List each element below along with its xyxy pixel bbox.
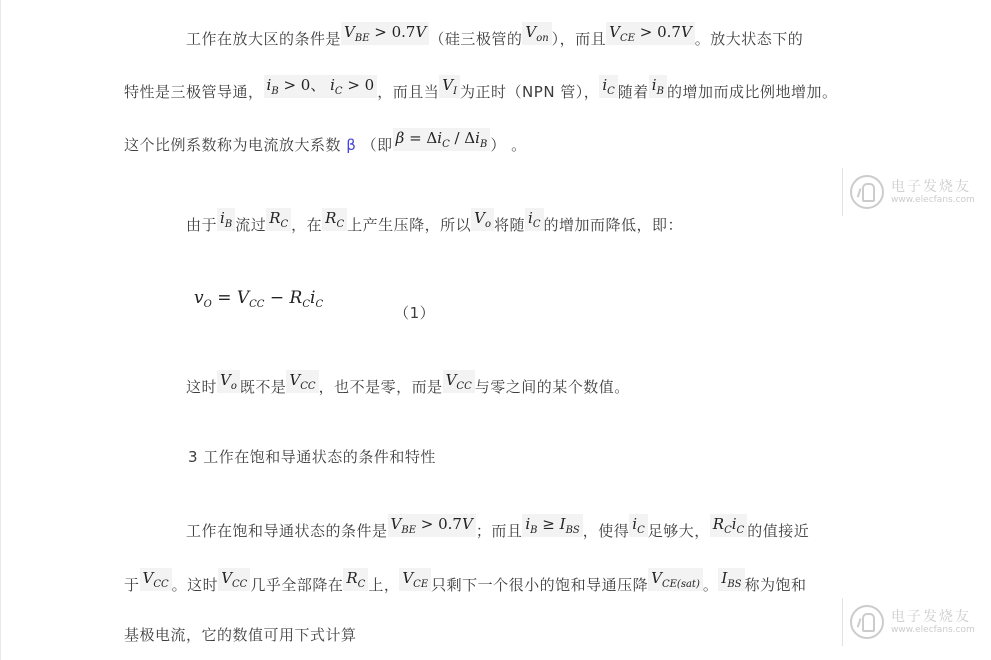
- formula-image: RC: [343, 568, 368, 591]
- text-run: 。: [703, 576, 719, 594]
- text-run: 3 工作在饱和导通状态的条件和特性: [188, 448, 436, 466]
- text-run: 特性是三极管导通，: [124, 83, 264, 101]
- formula-image: VCC: [286, 370, 318, 393]
- formula-image: VCE(sat): [648, 568, 703, 591]
- text-run: 称为饱和: [745, 576, 807, 594]
- text-run: ） 。: [490, 136, 526, 154]
- text-run: 足够大，: [648, 522, 710, 540]
- watermark-brand: 电子发烧友: [891, 179, 975, 195]
- formula-image: Von: [522, 22, 551, 45]
- text-run: 的增加而成比例地增加。: [667, 83, 838, 101]
- formula-image: iC: [629, 514, 647, 537]
- text-run: ），而且: [552, 30, 607, 48]
- text-run: 只剩下一个很小的饱和导通压降: [431, 576, 648, 594]
- text-run: 。放大状态下的: [695, 30, 804, 48]
- text-run: 的增加而降低，即：: [544, 216, 684, 234]
- text-run: 于: [124, 576, 140, 594]
- hand-logo-icon: [850, 175, 884, 209]
- watermark-brand: 电子发烧友: [891, 609, 975, 625]
- text-run: 由于: [186, 216, 217, 234]
- paragraph-1-line-3: 这个比例系数称为电流放大系数 β （即β = ΔiC / ΔiB） 。: [124, 132, 527, 158]
- text-run: 。这时: [172, 576, 219, 594]
- formula-image: β = ΔiC / ΔiB: [393, 128, 491, 151]
- watermark-elecfans-bottom: 电子发烧友 www.elecfans.com: [842, 598, 990, 646]
- text-run: 上，: [368, 576, 399, 594]
- watermark-url: www.elecfans.com: [891, 625, 975, 635]
- text-run: 这个比例系数称为电流放大系数: [124, 136, 346, 154]
- text-run: ，而且当: [377, 83, 439, 101]
- text-run: ，也不是零，而是: [319, 378, 443, 396]
- watermark-url: www.elecfans.com: [891, 195, 975, 205]
- formula-image: RCiC: [710, 514, 747, 537]
- equation-1: vO = VCC − RCiC（1）: [191, 292, 435, 318]
- text-run: 工作在放大区的条件是: [186, 30, 341, 48]
- text-run: 基极电流，它的数值可用下式计算: [124, 626, 357, 644]
- formula-image: IBS: [718, 568, 744, 591]
- text-run: 几乎全部降在: [250, 576, 343, 594]
- document-page: 工作在放大区的条件是VBE > 0.7V（硅三极管的Von），而且VCE > 0…: [0, 0, 991, 660]
- paragraph-3-line-1: 这时Vo既不是VCC，也不是零，而是VCC与零之间的某个数值。: [186, 374, 630, 400]
- formula-image: VCC: [443, 370, 475, 393]
- formula-image: iC: [599, 75, 617, 98]
- formula-image: iB ≥ IBS: [522, 514, 582, 537]
- text-run: ；而且: [476, 522, 523, 540]
- formula-image: VCC: [218, 568, 250, 591]
- text-run: （即: [356, 136, 392, 154]
- text-run: 工作在饱和导通状态的条件是: [186, 522, 388, 540]
- formula-image: Vo: [217, 370, 240, 393]
- formula-image: vO = VCC − RCiC: [191, 288, 326, 311]
- watermark-elecfans-top: 电子发烧友 www.elecfans.com: [842, 168, 990, 216]
- paragraph-2-line-1: 由于iB流过RC，在RC上产生压降，所以Vo将随iC的增加而降低，即：: [186, 212, 683, 238]
- text-run: 将随: [494, 216, 525, 234]
- text-run: 上产生压降，所以: [347, 216, 471, 234]
- text-run: （1）: [394, 304, 435, 322]
- formula-image: Vo: [471, 208, 494, 231]
- formula-image: VCC: [140, 568, 172, 591]
- text-run: 的值接近: [747, 522, 809, 540]
- formula-image: VCE: [399, 568, 431, 591]
- text-run: 这时: [186, 378, 217, 396]
- text-run: ，在: [291, 216, 322, 234]
- watermark-text: 电子发烧友 www.elecfans.com: [891, 609, 975, 635]
- paragraph-1-line-2: 特性是三极管导通，iB > 0、 iC > 0，而且当VI为正时（NPN 管），…: [124, 79, 837, 105]
- text-run: 为正时（NPN 管），: [460, 83, 599, 101]
- text-run: 随着: [618, 83, 649, 101]
- formula-image: iB > 0、 iC > 0: [264, 75, 378, 98]
- text-run: 与零之间的某个数值。: [475, 378, 630, 396]
- text-run: 流过: [235, 216, 266, 234]
- paragraph-4-line-2: 于VCC。这时VCC几乎全部降在RC上，VCE只剩下一个很小的饱和导通压降VCE…: [124, 572, 807, 598]
- formula-image: VBE > 0.7V: [388, 514, 476, 537]
- formula-image: VI: [439, 75, 460, 98]
- section-heading-3: 3 工作在饱和导通状态的条件和特性: [188, 444, 436, 470]
- formula-image: RC: [322, 208, 347, 231]
- formula-image: RC: [266, 208, 291, 231]
- paragraph-4-line-3: 基极电流，它的数值可用下式计算: [124, 622, 357, 648]
- formula-image: VBE > 0.7V: [341, 22, 429, 45]
- text-run: （硅三极管的: [429, 30, 522, 48]
- paragraph-4-line-1: 工作在饱和导通状态的条件是VBE > 0.7V；而且iB ≥ IBS，使得iC足…: [186, 518, 809, 544]
- formula-image: iB: [217, 208, 235, 231]
- watermark-text: 电子发烧友 www.elecfans.com: [891, 179, 975, 205]
- text-run: ，使得: [583, 522, 630, 540]
- hand-logo-icon: [850, 605, 884, 639]
- formula-image: VCE > 0.7V: [606, 22, 695, 45]
- text-run: 既不是: [240, 378, 287, 396]
- paragraph-1-line-1: 工作在放大区的条件是VBE > 0.7V（硅三极管的Von），而且VCE > 0…: [186, 26, 803, 52]
- beta-symbol: β: [346, 136, 356, 154]
- formula-image: iC: [525, 208, 543, 231]
- formula-image: iB: [649, 75, 667, 98]
